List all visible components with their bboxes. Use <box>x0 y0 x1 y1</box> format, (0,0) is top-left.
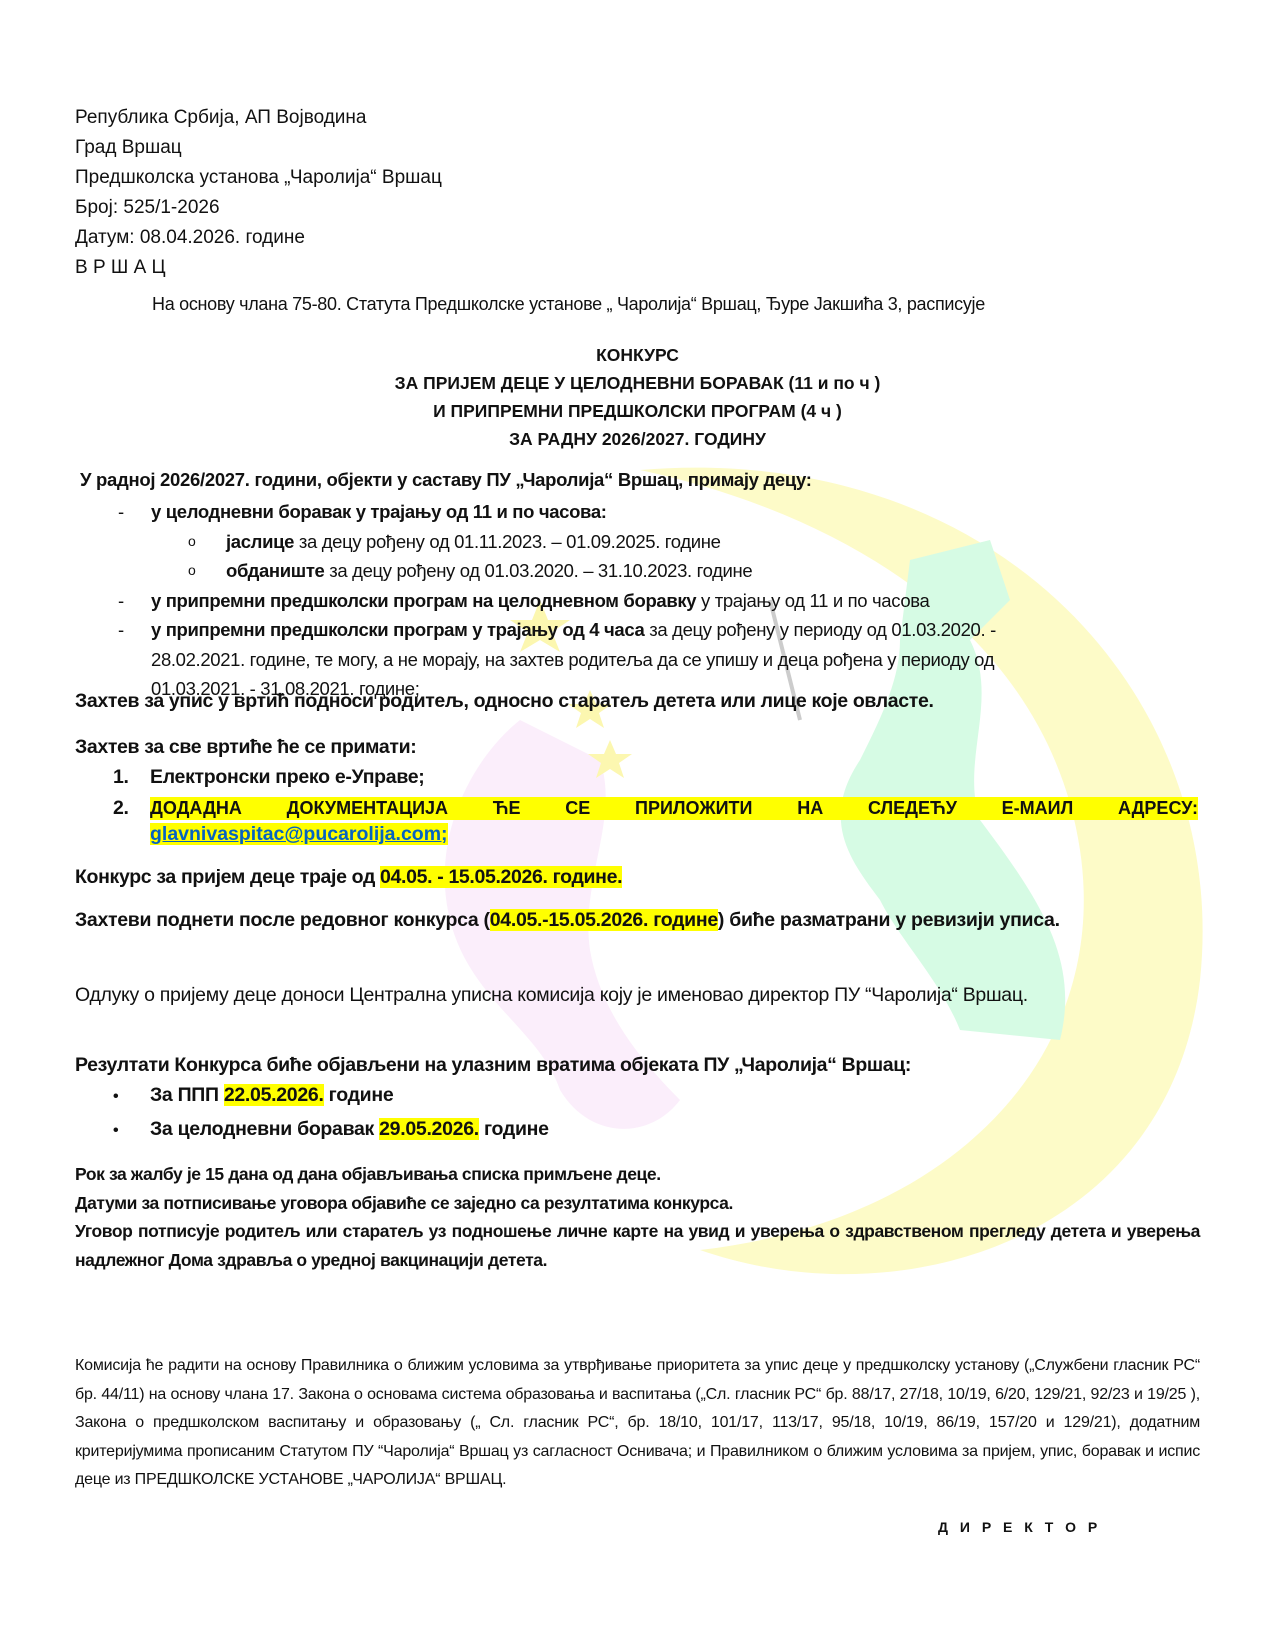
list-item: - у припремни предшколски програм на цел… <box>0 586 1275 616</box>
appeal-deadline-note: Рок за жалбу је 15 дана од дана објављив… <box>75 1160 1200 1189</box>
document-page: Република Србија, АП Војводина Град Врша… <box>0 0 1275 1650</box>
additional-docs-notice: ДОДАДНАДОКУМЕНТАЦИЈАЋЕСЕПРИЛОЖИТИНАСЛЕДЕ… <box>150 797 1198 820</box>
admission-heading: У радној 2026/2027. години, објекти у са… <box>80 469 812 491</box>
notice-word: ДОКУМЕНТАЦИЈА <box>287 798 448 819</box>
letterhead-country: Република Србија, АП Војводина <box>75 103 442 133</box>
request-channels-heading: Захтев за све вртиће ће се примати: <box>75 736 416 759</box>
letterhead-number: Број: 525/1-2026 <box>75 193 442 223</box>
highlighted-date: 04.05. - 15.05.2026. године. <box>380 866 622 888</box>
notice-word: ПРИЛОЖИТИ <box>635 798 752 819</box>
notice-word: ЋЕ <box>493 798 521 819</box>
title-line: КОНКУРС <box>0 341 1275 369</box>
dash-bullet-icon: - <box>118 615 124 645</box>
list-number: 2. <box>113 797 150 820</box>
dash-bullet-icon: - <box>118 497 124 527</box>
notice-word: СЕ <box>565 798 590 819</box>
highlighted-date: 22.05.2026. <box>224 1084 324 1106</box>
bullet-icon: • <box>113 1088 150 1106</box>
title-line: ЗА РАДНУ 2026/2027. ГОДИНУ <box>0 425 1275 453</box>
notice-word: АДРЕСУ: <box>1118 798 1198 819</box>
letterhead-place: В Р Ш А Ц <box>75 253 442 283</box>
letterhead-institution: Предшколска установа „Чаролија“ Вршац <box>75 163 442 193</box>
title-line: И ПРИПРЕМНИ ПРЕДШКОЛСКИ ПРОГРАМ (4 ч ) <box>0 397 1275 425</box>
list-item: 1.Електронски преко е-Управе; <box>113 766 425 789</box>
decision-statement: Одлуку о пријему деце доноси Централна у… <box>75 980 1200 1011</box>
list-item: •За ППП 22.05.2026. године <box>113 1084 393 1107</box>
results-heading: Резултати Конкурса биће објављени на ула… <box>75 1054 911 1077</box>
bullet-icon: • <box>113 1122 150 1140</box>
circle-bullet-icon: o <box>188 527 195 557</box>
notice-word: Е-МАИЛ <box>1002 798 1074 819</box>
list-item: - у целодневни боравак у трајању од 11 и… <box>0 497 1275 527</box>
notice-word: НА <box>797 798 823 819</box>
notice-word: ДОДАДНА <box>150 798 242 819</box>
highlighted-date: 04.05.-15.05.2026. године <box>490 909 718 931</box>
legal-basis: Комисија ће радити на основу Правилника … <box>75 1352 1200 1495</box>
notes: Рок за жалбу је 15 дана од дана објављив… <box>75 1160 1200 1274</box>
dash-bullet-icon: - <box>118 586 124 616</box>
circle-bullet-icon: o <box>188 556 195 586</box>
email-link[interactable]: glavnivaspitac@pucarolija.com; <box>150 823 448 845</box>
contract-dates-note: Датуми за потписивање уговора објавиће с… <box>75 1189 1200 1218</box>
letterhead-city: Град Вршац <box>75 133 442 163</box>
contract-signing-note: Уговор потписује родитељ или старатељ уз… <box>75 1217 1200 1274</box>
signature-director: Д И Р Е К Т О Р <box>938 1519 1101 1535</box>
highlighted-text: ДОДАДНАДОКУМЕНТАЦИЈАЋЕСЕПРИЛОЖИТИНАСЛЕДЕ… <box>150 797 1198 820</box>
list-item: o обданиште за децу рођену од 01.03.2020… <box>0 556 1275 586</box>
request-who: Захтев за упис у вртић подноси родитељ, … <box>75 690 934 713</box>
document-title: КОНКУРС ЗА ПРИЈЕМ ДЕЦЕ У ЦЕЛОДНЕВНИ БОРА… <box>0 341 1275 453</box>
list-item: o јаслице за децу рођену од 01.11.2023. … <box>0 527 1275 557</box>
letterhead-date: Датум: 08.04.2026. године <box>75 223 442 253</box>
late-requests: Захтеви поднети после редовног конкурса … <box>75 903 1200 937</box>
competition-duration: Конкурс за пријем деце траје од 04.05. -… <box>75 866 622 889</box>
list-number: 1. <box>113 766 150 789</box>
list-item-number: 2. <box>113 797 150 820</box>
list-item: •За целодневни боравак 29.05.2026. годин… <box>113 1118 549 1141</box>
letterhead: Република Србија, АП Војводина Град Врша… <box>75 103 442 283</box>
email-line: glavnivaspitac@pucarolija.com; <box>150 823 448 846</box>
intro-statement: На основу члана 75-80. Статута Предшколс… <box>152 294 985 315</box>
highlighted-date: 29.05.2026. <box>379 1118 479 1140</box>
title-line: ЗА ПРИЈЕМ ДЕЦЕ У ЦЕЛОДНЕВНИ БОРАВАК (11 … <box>0 369 1275 397</box>
admission-list: - у целодневни боравак у трајању од 11 и… <box>0 497 1275 704</box>
notice-word: СЛЕДЕЋУ <box>868 798 957 819</box>
